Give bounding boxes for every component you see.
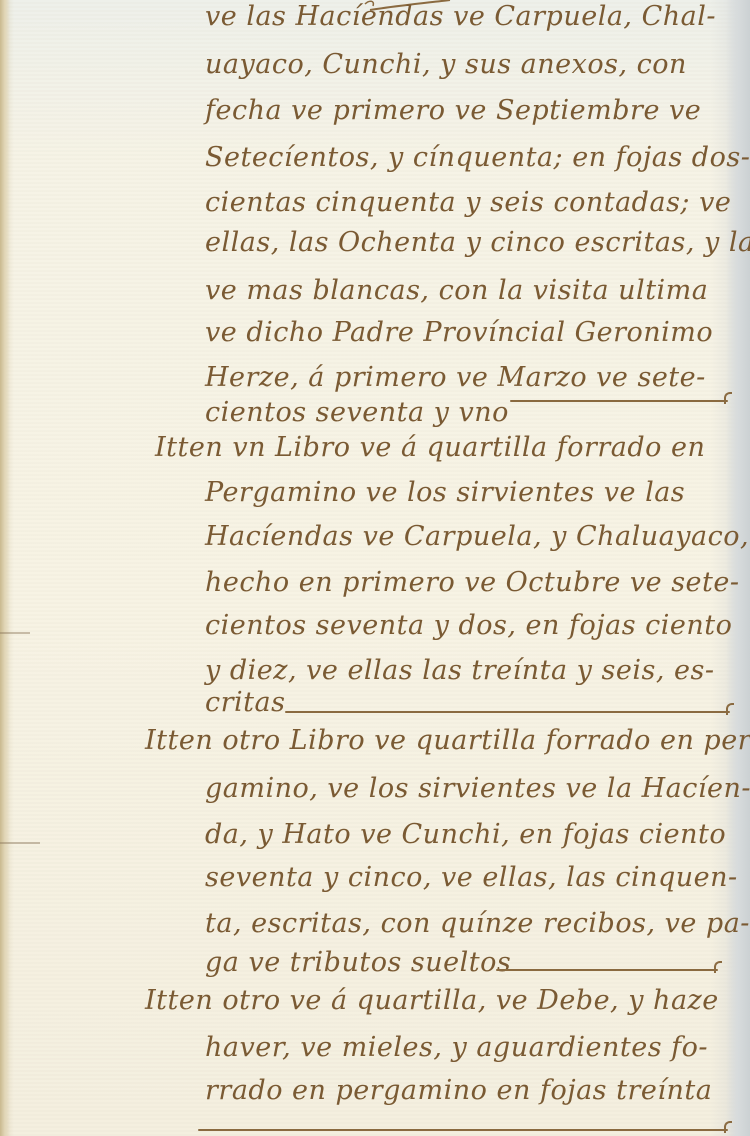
manuscript-line: fecha ve primero ve Septiembre ve	[205, 94, 701, 128]
left-fold-mark	[0, 842, 40, 844]
manuscript-line: ve dicho Padre Províncial Geronimo	[205, 316, 713, 350]
line-filler-stroke	[285, 711, 730, 713]
line-filler-stroke	[510, 400, 728, 402]
manuscript-line: Itten otro ve á quartilla, ve Debe, y ha…	[145, 984, 719, 1018]
manuscript-line: haver, ve mieles, y aguardientes fo-	[205, 1031, 708, 1065]
manuscript-line: da, y Hato ve Cunchi, en fojas ciento	[205, 818, 726, 852]
manuscript-line: Pergamino ve los sirvientes ve las	[205, 476, 685, 510]
manuscript-line: hecho en primero ve Octubre ve sete-	[205, 566, 739, 600]
line-filler-stroke	[198, 1129, 728, 1131]
manuscript-line: gamino, ve los sirvientes ve la Hacíen-	[205, 772, 750, 806]
left-fold-mark	[0, 632, 30, 634]
manuscript-line: Herze, á primero ve Marzo ve sete-	[205, 361, 706, 395]
manuscript-line: ellas, las Ochenta y cinco escritas, y l…	[205, 226, 750, 260]
manuscript-line: critas	[205, 686, 285, 720]
manuscript-line: rrado en pergamino en fojas treínta	[205, 1074, 712, 1108]
manuscript-line: ve las Hacíendas ve Carpuela, Chal-	[205, 0, 716, 34]
manuscript-line: y diez, ve ellas las treínta y seis, es-	[205, 654, 714, 688]
manuscript-line: ve mas blancas, con la visita ultima	[205, 274, 708, 308]
manuscript-line: seventa y cinco, ve ellas, las cinquen-	[205, 861, 738, 895]
page-left-edge	[0, 0, 10, 1136]
manuscript-line: ga ve tributos sueltos	[205, 946, 511, 980]
manuscript-page: ve las Hacíendas ve Carpuela, Chal-uayac…	[0, 0, 750, 1136]
manuscript-line: cientos seventa y vno	[205, 396, 509, 430]
manuscript-line: Setecíentos, y cínquenta; en fojas dos-	[205, 141, 750, 175]
manuscript-line: Itten otro Libro ve quartilla forrado en…	[145, 724, 750, 758]
manuscript-line: Itten vn Libro ve á quartilla forrado en	[155, 431, 705, 465]
manuscript-line: ta, escritas, con quínze recibos, ve pa-	[205, 907, 750, 941]
manuscript-line: Hacíendas ve Carpuela, y Chaluayaco,	[205, 520, 749, 554]
manuscript-line: uayaco, Cunchi, y sus anexos, con	[205, 48, 687, 82]
manuscript-line: cientos seventa y dos, en fojas ciento	[205, 609, 732, 643]
manuscript-line: cientas cinquenta y seis contadas; ve	[205, 186, 731, 220]
line-filler-stroke	[496, 969, 718, 971]
